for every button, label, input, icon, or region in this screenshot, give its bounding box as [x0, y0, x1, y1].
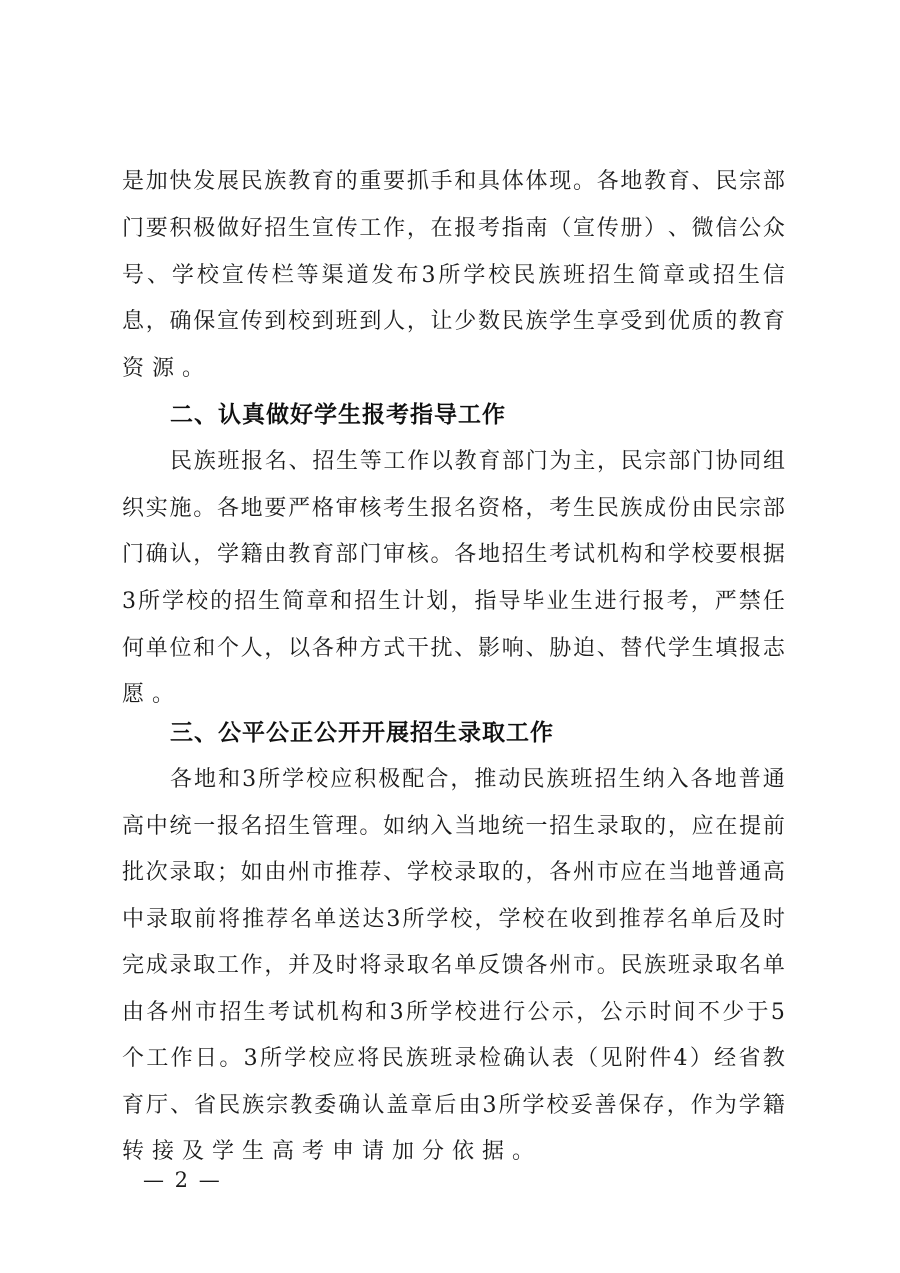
- paragraph-1-line-1: 是加快发展民族教育的重要抓手和具体体现。各地教育、民宗部: [122, 165, 785, 199]
- paragraph-3-line-1: 各地和3所学校应积极配合，推动民族班招生纳入各地普通: [170, 763, 785, 797]
- paragraph-3-line-4: 中录取前将推荐名单送达3所学校，学校在收到推荐名单后及时: [122, 903, 785, 937]
- paragraph-3-line-7: 个工作日。3所学校应将民族班录检确认表（见附件4）经省教: [122, 1042, 785, 1076]
- page-number: — 2 —: [143, 1166, 222, 1194]
- paragraph-2-line-2: 织实施。各地要严格审核考生报名资格，考生民族成份由民宗部: [122, 492, 785, 526]
- paragraph-3-line-2: 高中统一报名招生管理。如纳入当地统一招生录取的，应在提前: [122, 810, 785, 844]
- paragraph-1-line-3: 号、学校宣传栏等渠道发布3所学校民族班招生简章或招生信: [122, 259, 785, 293]
- paragraph-2-line-5: 何单位和个人，以各种方式干扰、影响、胁迫、替代学生填报志: [122, 632, 785, 666]
- document-page: 是加快发展民族教育的重要抓手和具体体现。各地教育、民宗部 门要积极做好招生宣传工…: [0, 0, 900, 1273]
- paragraph-1-line-4: 息，确保宣传到校到班到人，让少数民族学生享受到优质的教育: [122, 305, 785, 339]
- section-heading-2: 二、认真做好学生报考指导工作: [170, 398, 506, 432]
- paragraph-3-line-6: 由各州市招生考试机构和3所学校进行公示，公示时间不少于5: [122, 996, 785, 1030]
- section-heading-3: 三、公平公正公开开展招生录取工作: [170, 716, 554, 750]
- paragraph-3-line-9: 转接及学生高考申请加分依据。: [122, 1135, 785, 1169]
- paragraph-1-line-2: 门要积极做好招生宣传工作，在报考指南（宣传册）、微信公众: [122, 212, 785, 246]
- paragraph-3-line-3: 批次录取；如由州市推荐、学校录取的，各州市应在当地普通高: [122, 856, 785, 890]
- paragraph-2-line-4: 3所学校的招生简章和招生计划，指导毕业生进行报考，严禁任: [122, 585, 785, 619]
- paragraph-2-line-3: 门确认，学籍由教育部门审核。各地招生考试机构和学校要根据: [122, 538, 785, 572]
- paragraph-2-line-1: 民族班报名、招生等工作以教育部门为主，民宗部门协同组: [170, 445, 785, 479]
- paragraph-3-line-5: 完成录取工作，并及时将录取名单反馈各州市。民族班录取名单: [122, 949, 785, 983]
- paragraph-2-line-6: 愿。: [122, 678, 785, 712]
- paragraph-3-line-8: 育厅、省民族宗教委确认盖章后由3所学校妥善保存，作为学籍: [122, 1089, 785, 1123]
- paragraph-1-line-5: 资源。: [122, 352, 785, 386]
